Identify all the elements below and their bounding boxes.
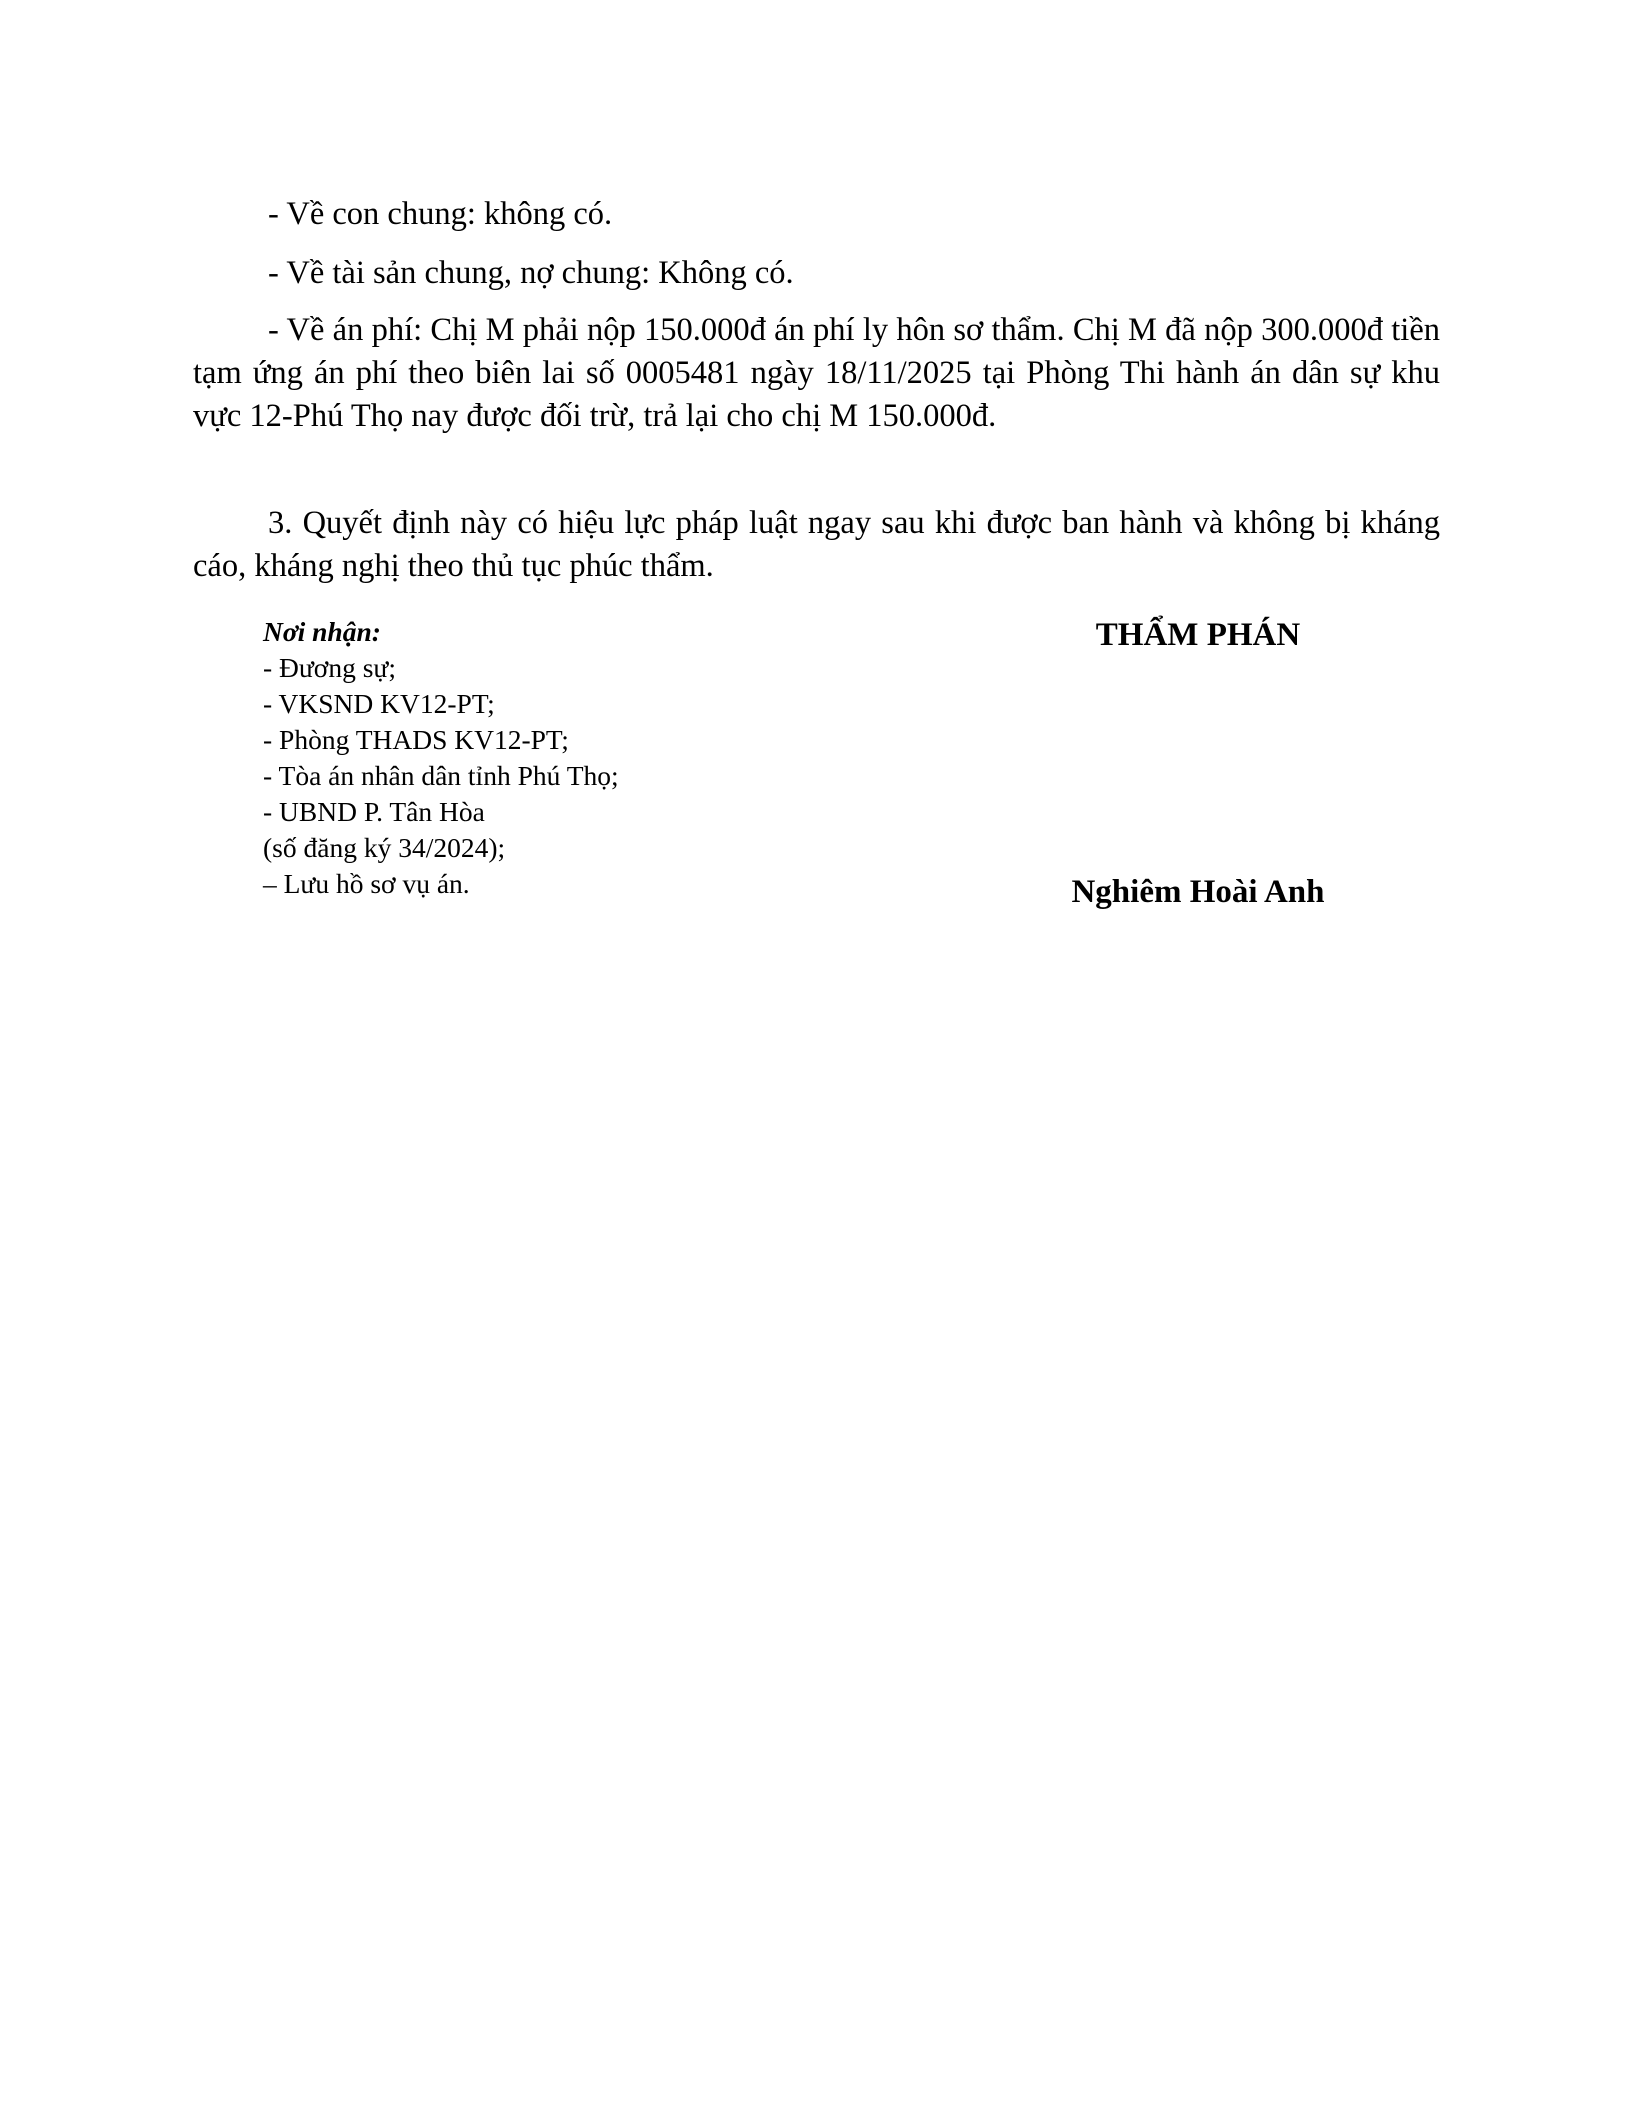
recipient-item: - Tòa án nhân dân tỉnh Phú Thọ; xyxy=(263,758,863,794)
recipient-item: - Đương sự; xyxy=(263,650,863,686)
paragraph-court-fee: - Về án phí: Chị M phải nộp 150.000đ án … xyxy=(193,309,1440,438)
recipient-item: (số đăng ký 34/2024); xyxy=(263,830,863,866)
signer-name: Nghiêm Hoài Anh xyxy=(1030,871,1366,914)
paragraph-legal-effect: 3. Quyết định này có hiệu lực pháp luật … xyxy=(193,502,1440,588)
recipient-item: - VKSND KV12-PT; xyxy=(263,686,863,722)
signer-title: THẨM PHÁN xyxy=(1040,614,1356,657)
paragraph-text: - Về án phí: Chị M phải nộp 150.000đ án … xyxy=(193,309,1440,438)
document-page: - Về con chung: không có. - Về tài sản c… xyxy=(0,0,1632,2112)
recipients-title: Nơi nhận: xyxy=(263,614,863,650)
recipient-item: - UBND P. Tân Hòa xyxy=(263,794,863,830)
paragraph-text: - Về tài sản chung, nợ chung: Không có. xyxy=(193,252,1440,295)
paragraph-text: - Về con chung: không có. xyxy=(193,193,1440,236)
recipient-item: – Lưu hồ sơ vụ án. xyxy=(263,866,863,902)
paragraph-common-children: - Về con chung: không có. xyxy=(193,193,1440,236)
paragraph-text: 3. Quyết định này có hiệu lực pháp luật … xyxy=(193,502,1440,588)
recipients-block: Nơi nhận: - Đương sự; - VKSND KV12-PT; -… xyxy=(263,614,863,902)
recipient-item: - Phòng THADS KV12-PT; xyxy=(263,722,863,758)
paragraph-common-assets: - Về tài sản chung, nợ chung: Không có. xyxy=(193,252,1440,295)
